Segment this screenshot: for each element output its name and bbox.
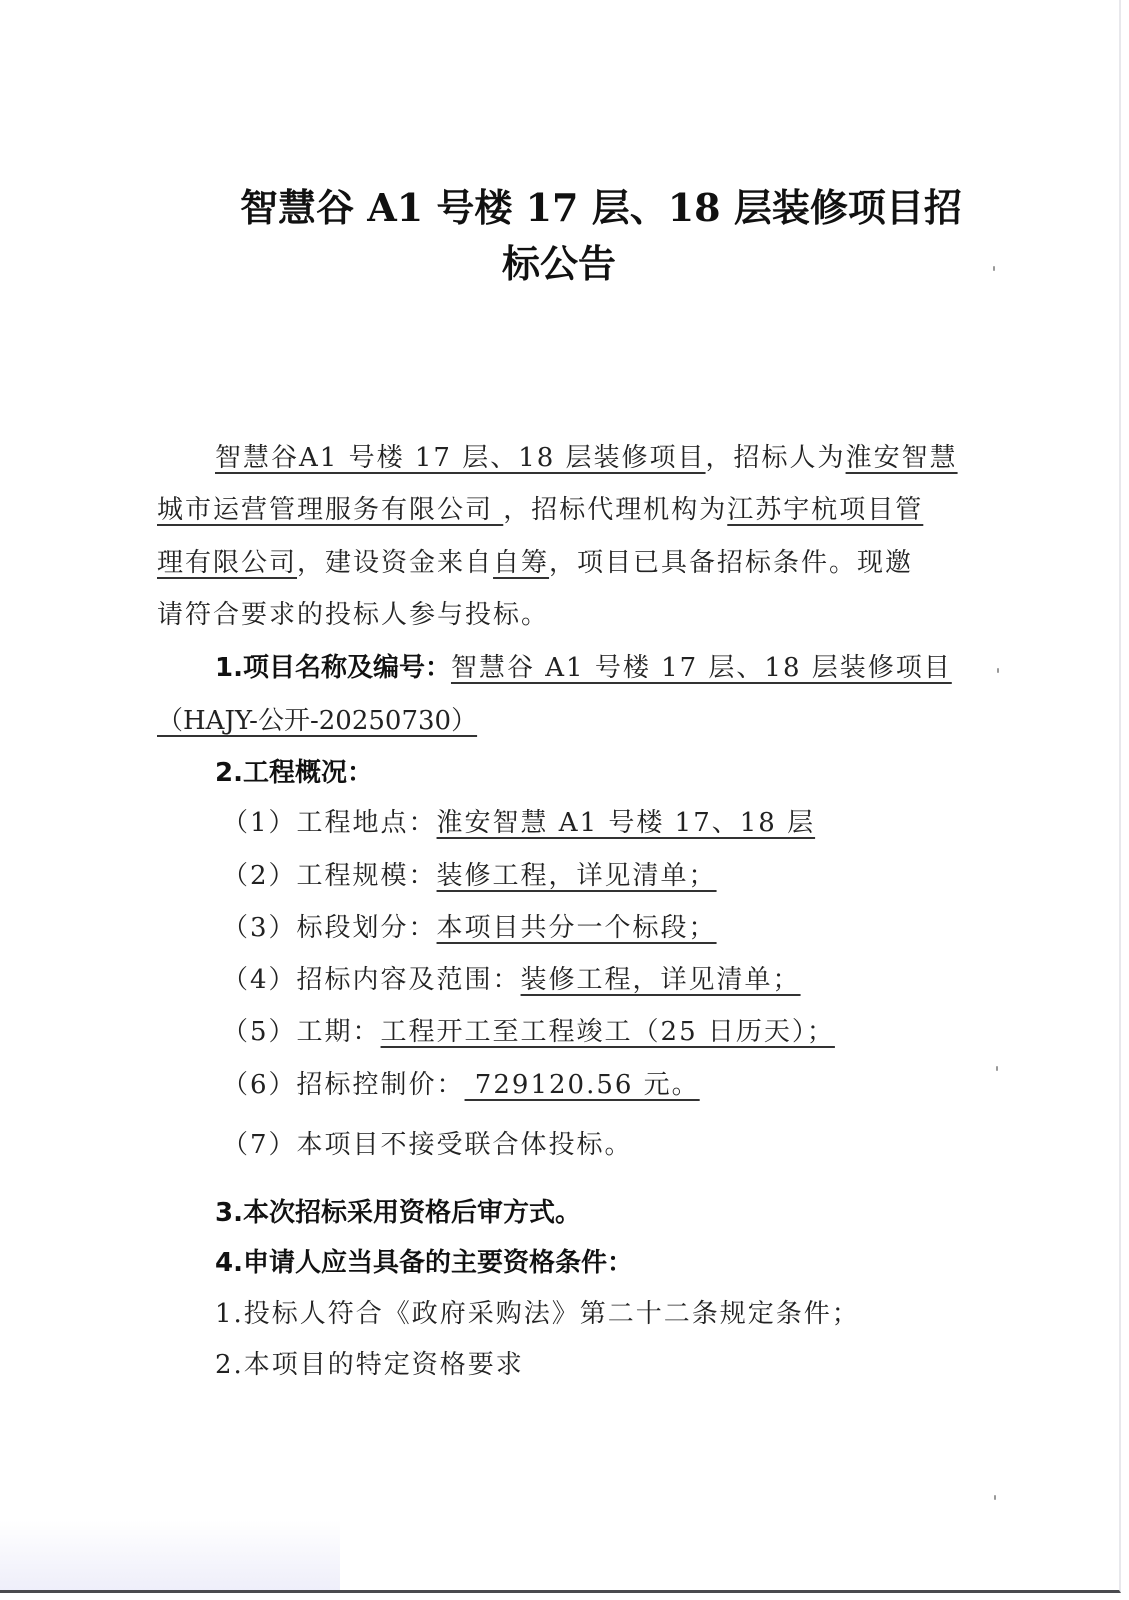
intro-text: ，招标人为 [706, 443, 846, 473]
item-value: 装修工程，详见清单； [521, 965, 801, 995]
item-label: （6）招标控制价： [222, 1070, 465, 1100]
item-label: （4）招标内容及范围： [222, 965, 521, 995]
intro-line-2: 城市运营管理服务有限公司 ，招标代理机构为江苏宇杭项目管 [157, 492, 923, 528]
scan-speck [994, 1495, 996, 1500]
qualification-item-1: 1.投标人符合《政府采购法》第二十二条规定条件； [215, 1296, 860, 1332]
scan-speck [996, 1066, 998, 1071]
scan-speck [997, 668, 999, 673]
section-4-heading: 4.申请人应当具备的主要资格条件： [215, 1248, 633, 1278]
qualification-text: 1.投标人符合《政府采购法》第二十二条规定条件； [215, 1299, 860, 1329]
intro-line-4: 请符合要求的投标人参与投标。 [157, 597, 549, 633]
item-label: （3）标段划分： [222, 913, 437, 943]
item-value: 装修工程，详见清单； [437, 861, 717, 891]
section-3-heading: 3.本次招标采用资格后审方式。 [215, 1198, 581, 1228]
project-code-value: （HAJY-公开-20250730） [157, 706, 477, 736]
project-title-value: 智慧谷 A1 号楼 17 层、18 层装修项目 [451, 653, 952, 683]
overview-item-2: （2）工程规模：装修工程，详见清单； [222, 858, 717, 894]
agency-name-part2: 理有限公司 [157, 548, 297, 578]
overview-item-4: （4）招标内容及范围：装修工程，详见清单； [222, 962, 801, 998]
funding-source: 自筹 [493, 548, 549, 578]
item-label: （5）工期： [222, 1017, 381, 1047]
section-2-heading: 2.工程概况： [215, 758, 373, 788]
intro-text: ，招标代理机构为 [503, 495, 727, 525]
item-value: 工程开工至工程竣工（25 日历天）； [381, 1017, 835, 1047]
section-3-line: 3.本次招标采用资格后审方式。 [215, 1195, 581, 1231]
overview-item-3: （3）标段划分：本项目共分一个标段； [222, 910, 717, 946]
control-price-value: 729120.56 元。 [465, 1070, 700, 1100]
item-label: （2）工程规模： [222, 861, 437, 891]
overview-item-1: （1）工程地点：淮安智慧 A1 号楼 17、18 层 [222, 805, 815, 841]
section-1-line-2: （HAJY-公开-20250730） [157, 703, 477, 739]
project-name: 智慧谷A1 号楼 17 层、18 层装修项目 [215, 443, 706, 473]
tenderer-name-part1: 淮安智慧 [846, 443, 958, 473]
section-2-heading-line: 2.工程概况： [215, 755, 373, 791]
title-line-2: 标公告 [240, 236, 980, 292]
section-4-heading-line: 4.申请人应当具备的主要资格条件： [215, 1245, 633, 1281]
intro-line-1: 智慧谷A1 号楼 17 层、18 层装修项目，招标人为淮安智慧 [215, 440, 958, 476]
tenderer-name-part2: 城市运营管理服务有限公司 [157, 495, 503, 525]
scan-artifact [0, 1520, 340, 1590]
qualification-item-2: 2.本项目的特定资格要求 [215, 1347, 524, 1383]
item-value: 本项目共分一个标段； [437, 913, 717, 943]
item-label: （1）工程地点： [222, 808, 437, 838]
title-line-1: 智慧谷 A1 号楼 17 层、18 层装修项目招 [240, 185, 962, 230]
item-label: （7）本项目不接受联合体投标。 [222, 1130, 633, 1160]
qualification-text: 2.本项目的特定资格要求 [215, 1350, 524, 1380]
overview-item-7: （7）本项目不接受联合体投标。 [222, 1127, 633, 1163]
agency-name-part1: 江苏宇杭项目管 [727, 495, 923, 525]
overview-item-5: （5）工期：工程开工至工程竣工（25 日历天）； [222, 1014, 835, 1050]
intro-text: 请符合要求的投标人参与投标。 [157, 600, 549, 630]
document-title: 智慧谷 A1 号楼 17 层、18 层装修项目招 标公告 [240, 180, 980, 292]
scan-speck [993, 266, 995, 271]
intro-text: ，建设资金来自 [297, 548, 493, 578]
intro-text: ，项目已具备招标条件。现邀 [549, 548, 913, 578]
document-page: 智慧谷 A1 号楼 17 层、18 层装修项目招 标公告 智慧谷A1 号楼 17… [0, 0, 1121, 1593]
overview-item-6: （6）招标控制价： 729120.56 元。 [222, 1067, 700, 1103]
intro-line-3: 理有限公司，建设资金来自自筹，项目已具备招标条件。现邀 [157, 545, 913, 581]
item-value: 淮安智慧 A1 号楼 17、18 层 [437, 808, 816, 838]
section-1-line-1: 1.项目名称及编号：智慧谷 A1 号楼 17 层、18 层装修项目 [215, 650, 952, 686]
section-1-heading: 1.项目名称及编号： [215, 653, 451, 683]
